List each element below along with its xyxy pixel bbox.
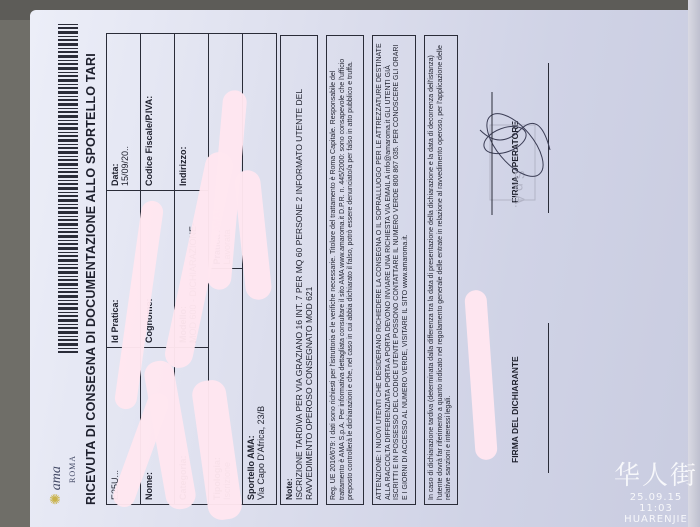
sun-icon: ✺ <box>49 493 64 505</box>
watermark-text: HUARENJIE <box>612 514 700 525</box>
table-cell: Indirizzo: <box>175 34 208 190</box>
watermark-timestamp: 25.09.15 11:03 <box>612 492 700 514</box>
table-cell: Codice Fiscale/P.IVA: <box>141 34 174 190</box>
declarant-signature-line <box>548 323 549 473</box>
declarant-signature-label: FIRMA DEL DICHIARANTE <box>510 356 520 463</box>
ama-logo: ✺ama <box>48 466 65 505</box>
attention-box: ATTENZIONE: I NUOVI UTENTI CHE DESIDERAN… <box>372 35 416 505</box>
late-declaration-box: In caso di dichiarazione tardiva (determ… <box>424 35 458 505</box>
notes-box: Note:ISCRIZIONE TARDIVA PER VIA GRAZIANO… <box>280 35 318 505</box>
stamp-text: S.p.A. <box>512 170 528 208</box>
operator-signature-scribble: S.p.A. <box>470 90 560 220</box>
table-cell: Data:15/09/20.. <box>107 34 140 190</box>
brand-sub: ROMA <box>68 455 77 483</box>
brand-name: ama <box>49 466 64 490</box>
privacy-box: Reg. UE 2016/679: I dati sono richiesti … <box>326 35 364 505</box>
document-title: RICEVUTA DI CONSEGNA DI DOCUMENTAZIONE A… <box>84 53 98 505</box>
watermark-logo: 华人街 <box>612 455 700 492</box>
barcode <box>58 23 78 353</box>
watermark: 华人街 25.09.15 11:03 HUARENJIE <box>612 455 700 525</box>
paper-edge <box>688 0 700 527</box>
